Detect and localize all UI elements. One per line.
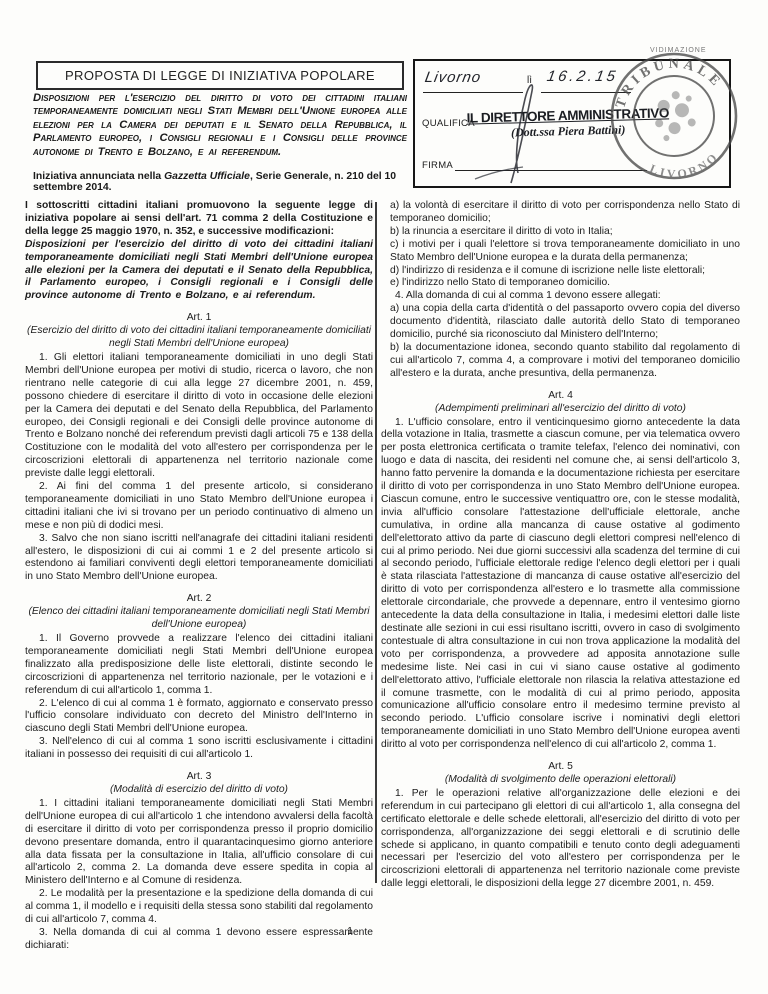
page-number: 1 [344, 926, 356, 937]
article-number: Art. 2 [25, 593, 373, 606]
paragraph: I sottoscritti cittadini italiani promuo… [25, 200, 373, 239]
paragraph: 4. Alla domanda di cui al comma 1 devono… [381, 290, 740, 303]
right-column: a) la volontà di esercitare il diritto d… [381, 200, 740, 891]
handwritten-place: Livorno [424, 69, 483, 86]
paragraph: 1. I cittadini italiani temporaneamente … [25, 798, 373, 888]
paragraph: a) una copia della carta d'identità o de… [381, 303, 740, 342]
paragraph: b) la rinuncia a esercitare il diritto d… [381, 226, 740, 239]
paragraph: 1. Gli elettori italiani temporaneamente… [25, 352, 373, 481]
paragraph: 3. Nella domanda di cui al comma 1 devon… [25, 927, 373, 953]
paragraph: d) l'indirizzo di residenza e il comune … [381, 265, 740, 278]
place-underline [423, 92, 523, 93]
paragraph: 1. L'ufficio consolare, entro il ventici… [381, 417, 740, 753]
firma-label: FIRMA [422, 160, 453, 171]
article-title: (Adempimenti preliminari all'esercizio d… [381, 403, 740, 416]
vidimazione-box: Livorno lì 16.2.15 QUALIFICA IL DIRETTOR… [413, 59, 731, 188]
date-preposition: lì [527, 75, 532, 86]
paragraph: 2. Ai fini del comma 1 del presente arti… [25, 481, 373, 533]
article-title: (Modalità di esercizio del diritto di vo… [25, 784, 373, 797]
paragraph: c) i motivi per i quali l'elettore si tr… [381, 239, 740, 265]
paragraph: 1. Per le operazioni relative all'organi… [381, 788, 740, 891]
paragraph: 1. Il Governo provvede a realizzare l'el… [25, 633, 373, 698]
gazzetta-announcement: Iniziativa annunciata nella Gazzetta Uff… [33, 171, 433, 193]
left-column: I sottoscritti cittadini italiani promuo… [25, 200, 373, 953]
paragraph: 3. Nell'elenco di cui al comma 1 sono is… [25, 736, 373, 762]
firma-underline [455, 170, 647, 171]
law-subject: Disposizioni per l'esercizio del diritto… [33, 92, 407, 159]
article-title: (Esercizio del diritto di voto dei citta… [25, 325, 373, 351]
paragraph: a) la volontà di esercitare il diritto d… [381, 200, 740, 226]
column-divider [375, 202, 377, 883]
paragraph: 2. Le modalità per la presentazione e la… [25, 888, 373, 927]
article-title: (Elenco dei cittadini italiani temporane… [25, 606, 373, 632]
handwritten-date: 16.2.15 [546, 68, 620, 85]
article-number: Art. 5 [381, 761, 740, 774]
article-number: Art. 3 [25, 771, 373, 784]
announcement-prefix: Iniziativa annunciata nella [33, 171, 164, 182]
paragraph: 2. L'elenco di cui al comma 1 è formato,… [25, 698, 373, 737]
article-number: Art. 4 [381, 390, 740, 403]
article-title: (Modalità di svolgimento delle operazion… [381, 774, 740, 787]
paragraph: 3. Salvo che non siano iscritti nell'ana… [25, 533, 373, 585]
article-number: Art. 1 [25, 312, 373, 325]
document-page: PROPOSTA DI LEGGE DI INIZIATIVA POPOLARE… [0, 0, 768, 994]
page-title: PROPOSTA DI LEGGE DI INIZIATIVA POPOLARE [65, 68, 375, 83]
title-box: PROPOSTA DI LEGGE DI INIZIATIVA POPOLARE [36, 61, 404, 90]
paragraph: e) l'indirizzo nello Stato di temporaneo… [381, 277, 740, 290]
date-underline [541, 92, 631, 93]
paragraph: Disposizioni per l'esercizio del diritto… [25, 239, 373, 304]
vidimazione-micro-text: VIDIMAZIONE [650, 47, 707, 54]
announcement-journal: Gazzetta Ufficiale [164, 171, 250, 182]
role-stamp: IL DIRETTORE AMMINISTRATIVO (Dott.ssa Pi… [443, 105, 694, 143]
paragraph: b) la documentazione idonea, secondo qua… [381, 342, 740, 381]
